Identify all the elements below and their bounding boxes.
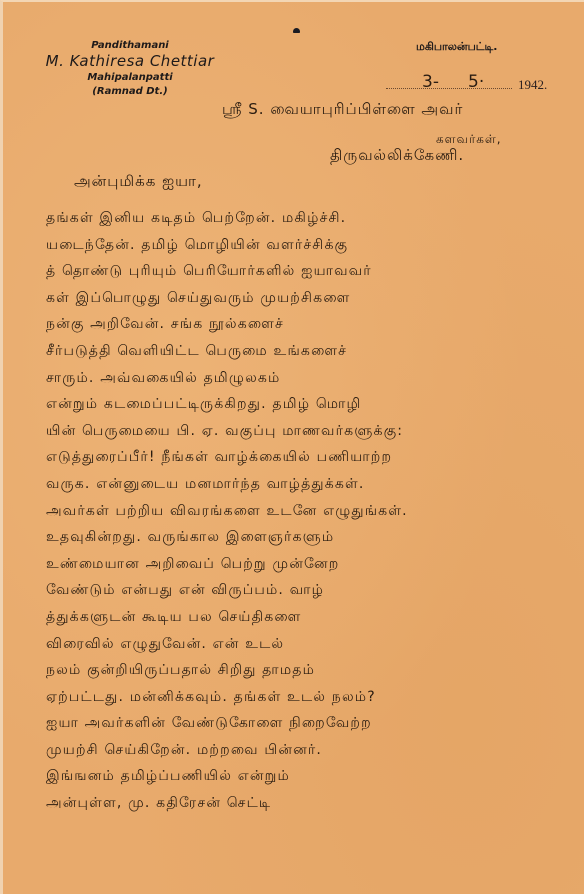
body-line: வேண்டும் என்பது என் விருப்பம். வாழ் <box>46 577 578 604</box>
body-line: யின் பெருமையை பி. ஏ. வகுப்பு மாணவர்களுக்… <box>46 418 578 445</box>
body-line: என்றும் கடமைப்பட்டிருக்கிறது. தமிழ் மொழி <box>46 391 578 418</box>
letterhead-place: Mahipalanpatti <box>30 71 230 85</box>
recipient-address-line-1: ஸ்ரீ S. வையாபுரிப்பிள்ளை அவர் <box>222 100 463 120</box>
letterhead-district: (Ramnad Dt.) <box>30 85 230 98</box>
body-line: விரைவில் எழுதுவேன். என் உடல் <box>46 631 578 658</box>
body-line: வருக. என்னுடைய மனமார்ந்த வாழ்த்துக்கள். <box>46 471 578 498</box>
place-name-tamil: மகிபாலன்பட்டி. <box>416 40 497 55</box>
body-line: த் தொண்டு புரியும் பெரியோர்களில் ஐயாவவர் <box>46 258 578 285</box>
recipient-address-line-3: திருவல்லிக்கேணி. <box>330 146 464 166</box>
body-line: அவர்கள் பற்றிய விவரங்களை உடனே எழுதுங்கள்… <box>46 498 578 525</box>
letterhead-name: M. Kathiresa Chettiar <box>30 52 230 71</box>
body-line: எடுத்துரைப்பீர்! நீங்கள் வாழ்க்கையில் பண… <box>46 444 578 471</box>
body-line: உண்மையான அறிவைப் பெற்று முன்னேற <box>46 551 578 578</box>
body-line: உதவுகின்றது. வருங்கால இளைஞர்களும் <box>46 524 578 551</box>
letterhead-title: Pandithamani <box>30 40 230 52</box>
letterhead: Pandithamani M. Kathiresa Chettiar Mahip… <box>30 40 230 98</box>
body-line: ஐயா அவர்களின் வேண்டுகோளை நிறைவேற்ற <box>46 710 578 737</box>
body-line: சாரும். அவ்வகையில் தமிழுலகம் <box>46 365 578 392</box>
body-line: ஏற்பட்டது. மன்னிக்கவும். தங்கள் உடல் நலம… <box>46 684 578 711</box>
body-line: சீர்படுத்தி வெளியிட்ட பெருமை உங்களைச் <box>46 338 578 365</box>
ink-dot-mark <box>293 28 300 33</box>
body-line: முயற்சி செய்கிறேன். மற்றவை பின்னர். <box>46 737 578 764</box>
body-line: நலம் குன்றியிருப்பதால் சிறிது தாமதம் <box>46 657 578 684</box>
date-month: 5· <box>468 72 484 92</box>
salutation: அன்புமிக்க ஐயா, <box>74 172 203 192</box>
date-year: 1942. <box>518 77 547 93</box>
letter-body: தங்கள் இனிய கடிதம் பெற்றேன். மகிழ்ச்சி. … <box>46 205 578 817</box>
body-line: கள் இப்பொழுது செய்துவரும் முயற்சிகளை <box>46 285 578 312</box>
date-dotted-rule <box>386 88 512 89</box>
body-line: யடைந்தேன். தமிழ் மொழியின் வளர்ச்சிக்கு <box>46 232 578 259</box>
body-line: இங்ஙனம் தமிழ்ப்பணியில் என்றும் <box>46 763 578 790</box>
date-day: 3- <box>422 72 439 92</box>
body-line: த்துக்களுடன் கூடிய பல செய்திகளை <box>46 604 578 631</box>
body-line: தங்கள் இனிய கடிதம் பெற்றேன். மகிழ்ச்சி. <box>46 205 578 232</box>
date-line: 3- 5· 1942. <box>386 74 561 92</box>
body-line: நன்கு அறிவேன். சங்க நூல்களைச் <box>46 311 578 338</box>
body-line: அன்புள்ள, மு. கதிரேசன் செட்டி <box>46 790 578 817</box>
